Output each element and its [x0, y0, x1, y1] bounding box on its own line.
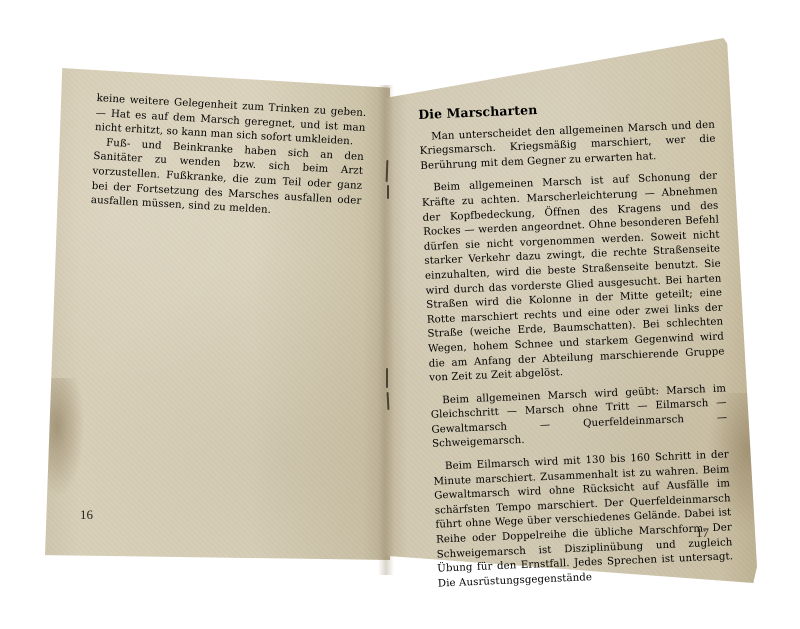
right-page-text: Die Marscharten Man unterscheidet den al… — [418, 96, 734, 592]
staple-bottom — [386, 368, 388, 388]
page-number-left: 16 — [80, 507, 93, 523]
water-stain — [45, 378, 85, 498]
staple-top-lower — [387, 185, 389, 199]
left-page-text: keine weitere Gelegenheit zum Trinken zu… — [90, 92, 366, 224]
paragraph: Man unterscheidet den allgemeinen Marsch… — [419, 118, 717, 174]
book-spine-gutter — [378, 85, 394, 575]
page-number-right: 17 — [696, 525, 709, 541]
paragraph: Beim allgemeinen Marsch ist auf Schonung… — [421, 170, 725, 387]
open-booklet: keine weitere Gelegenheit zum Trinken zu… — [0, 0, 800, 629]
paragraph: Beim allgemeinen Marsch wird geübt: Mars… — [430, 382, 728, 453]
paragraph: Beim Eilmarsch wird mit 130 bis 160 Schr… — [433, 448, 734, 592]
paragraph: Fuß- und Beinkranke haben sich an den Sa… — [90, 136, 364, 224]
